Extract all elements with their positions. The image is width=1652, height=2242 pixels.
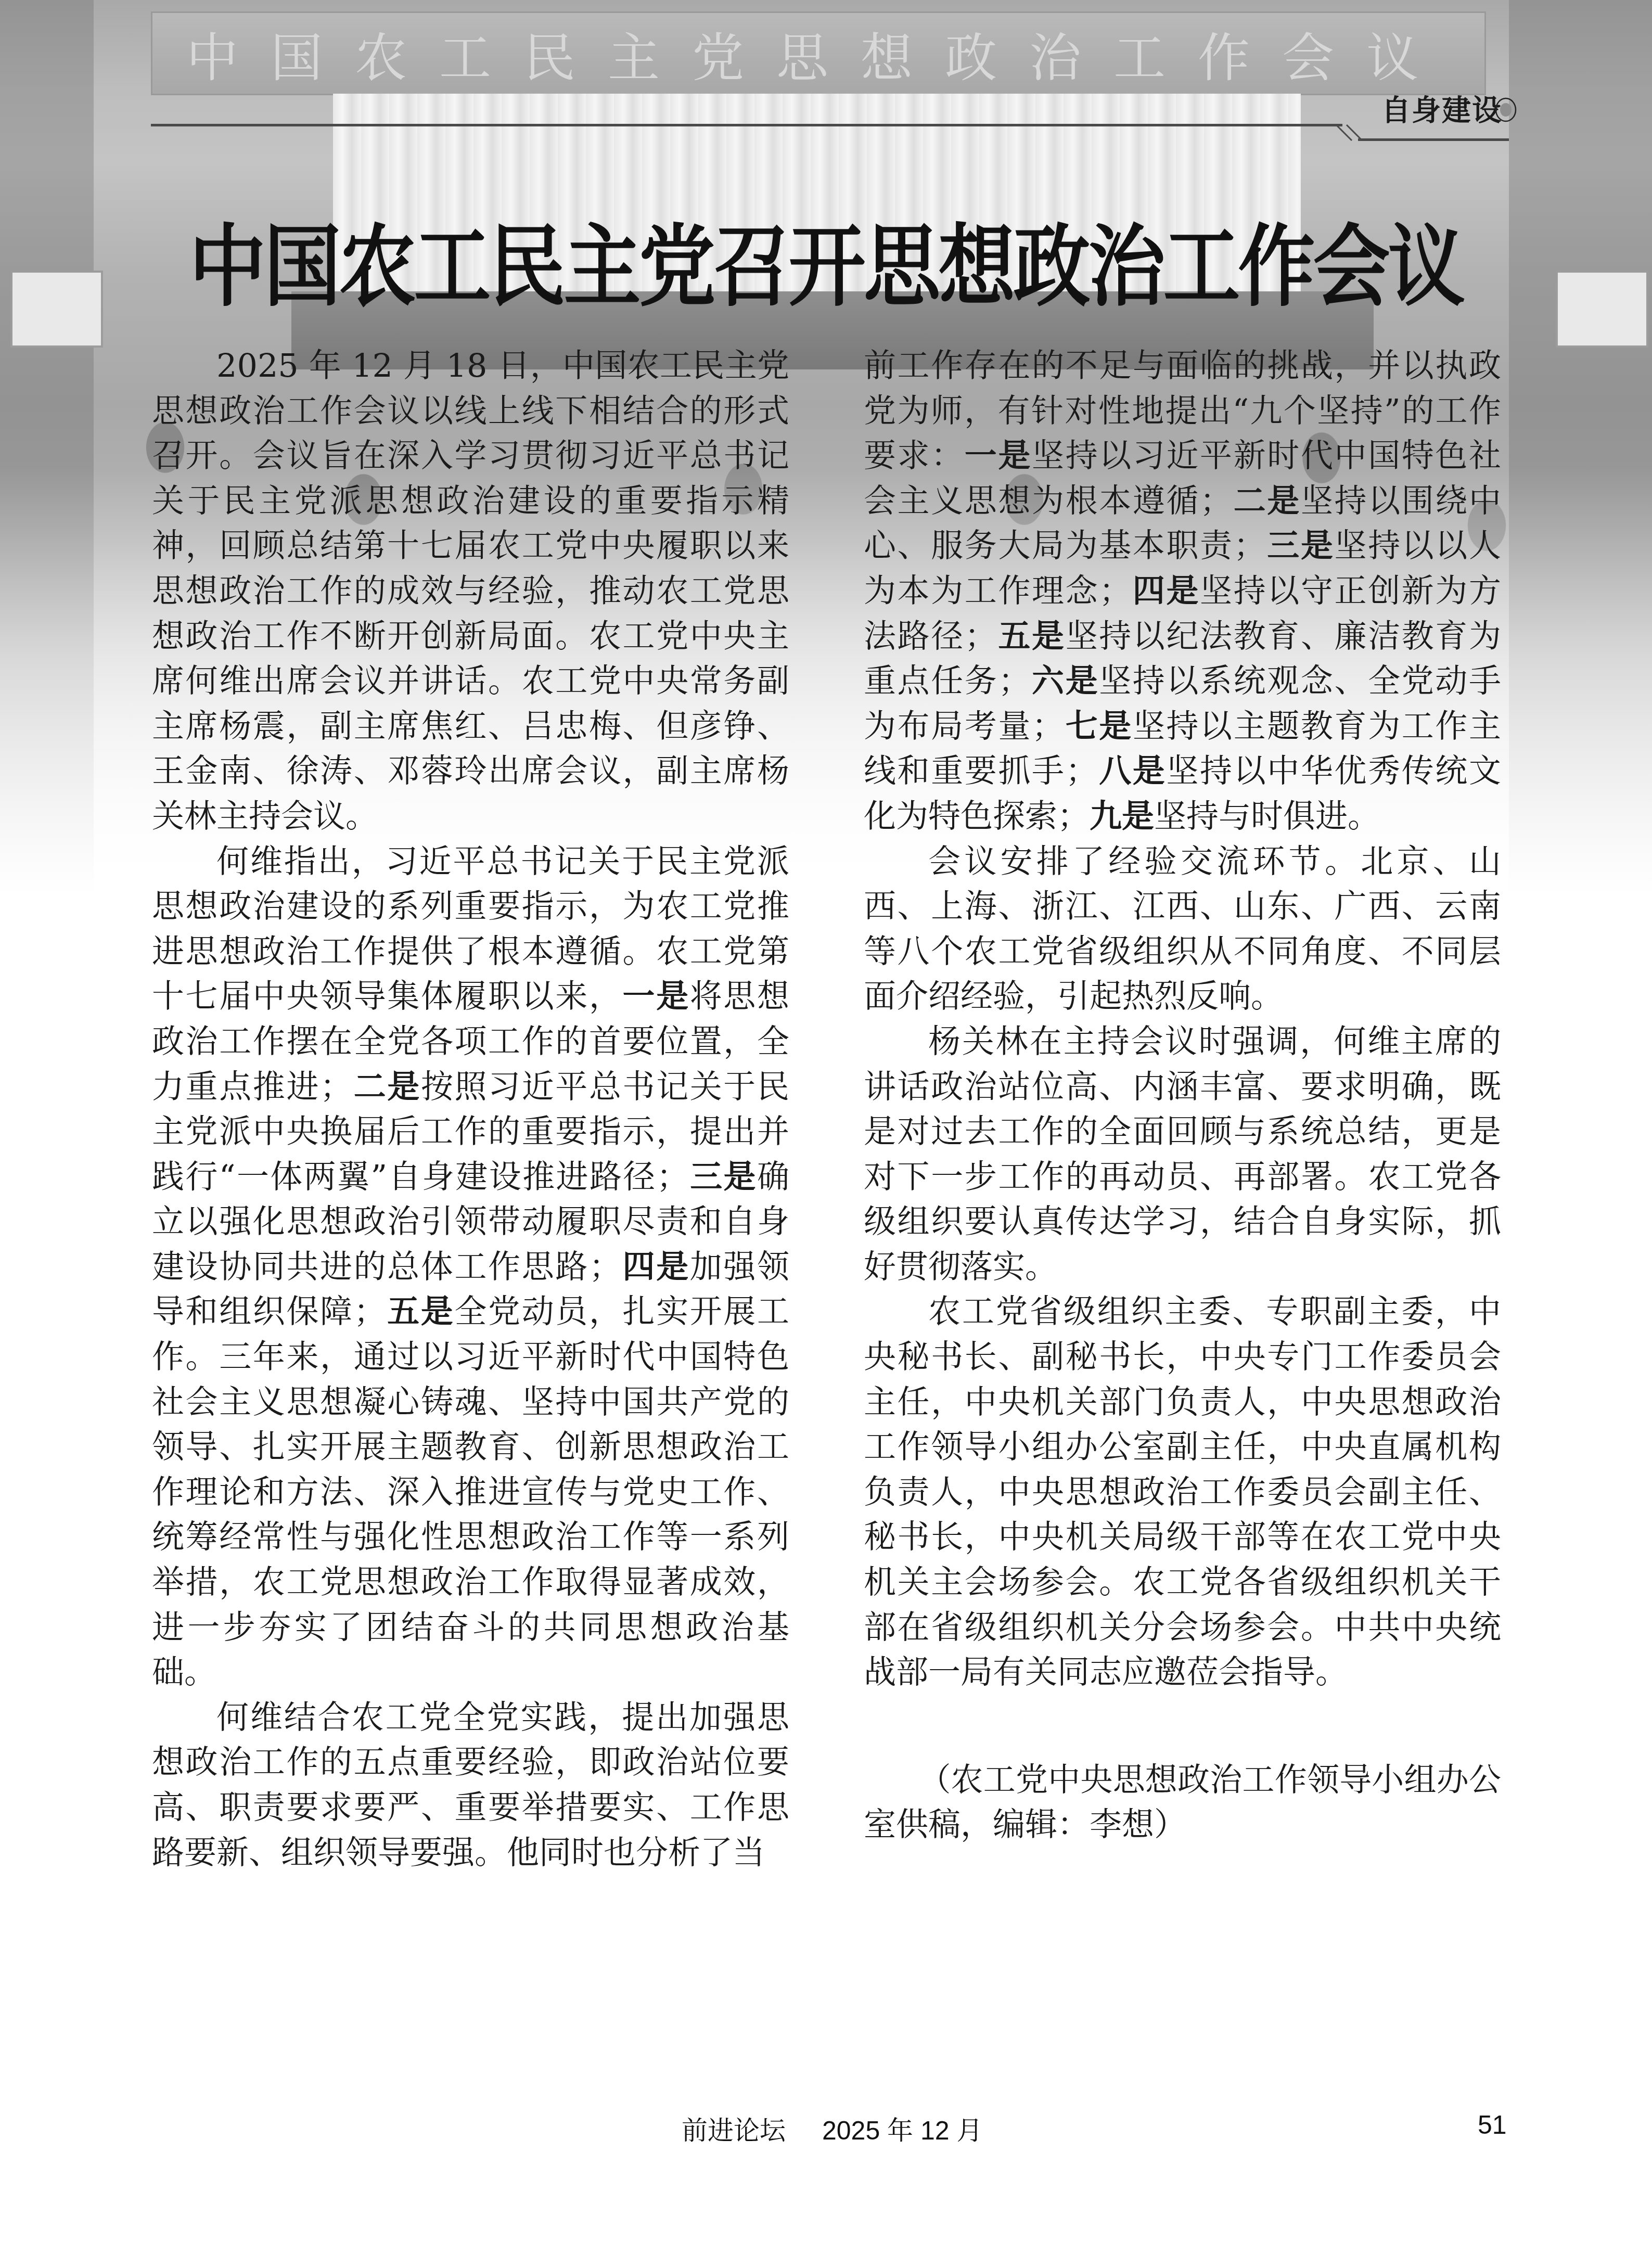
emphasis-marker: 一是 — [965, 437, 1032, 475]
emphasis-marker: 五是 — [997, 617, 1066, 655]
emphasis-marker: 六是 — [1030, 662, 1099, 700]
issue-date: 2025 年 12 月 — [822, 2110, 983, 2147]
page-number: 51 — [1478, 2110, 1507, 2140]
article-paragraph: 杨关林在主持会议时强调，何维主席的讲话政治站位高、内涵丰富、要求明确，既是对过去… — [864, 1019, 1501, 1290]
section-label: 自身建设 — [1381, 87, 1502, 129]
emphasis-marker: 五是 — [386, 1292, 455, 1330]
article-paragraph: 会议安排了经验交流环节。北京、山西、上海、浙江、江西、山东、广西、云南等八个农工… — [864, 839, 1501, 1019]
section-rule — [151, 124, 1342, 126]
text-run: 坚持与时俱进。 — [1154, 797, 1380, 835]
text-run: 杨关林在主持会议时强调，何维主席的讲话政治站位高、内涵丰富、要求明确，既是对过去… — [864, 1022, 1501, 1286]
article-paragraph: 何维指出，习近平总书记关于民主党派思想政治建设的系列重要指示，为农工党推进思想政… — [152, 839, 789, 1695]
emphasis-marker: 一是 — [623, 977, 690, 1015]
text-run: 全党动员，扎实开展工作。三年来，通过以习近平新时代中国特色社会主义思想凝心铸魂、… — [152, 1292, 789, 1691]
section-tag: 自身建设 — [0, 0, 1652, 156]
article-paragraph: 何维结合农工党全党实践，提出加强思想政治工作的五点重要经验，即政治站位要高、职责… — [152, 1695, 789, 1875]
page-footer: 前进论坛 2025 年 12 月 51 — [0, 2110, 1652, 2146]
magazine-name: 前进论坛 — [682, 2110, 786, 2147]
emphasis-marker: 三是 — [689, 1158, 757, 1196]
article-credit: （农工党中央思想政治工作领导小组办公室供稿，编辑：李想） — [864, 1758, 1501, 1848]
target-icon — [1494, 97, 1517, 123]
text-run: 会议安排了经验交流环节。北京、山西、上海、浙江、江西、山东、广西、云南等八个农工… — [864, 842, 1501, 1016]
article-paragraph: 农工党省级组织主委、专职副主委，中央秘书长、副秘书长，中央专门工作委员会主任，中… — [864, 1289, 1501, 1695]
text-run: 2025 年 12 月 18 日，中国农工民主党思想政治工作会议以线上线下相结合… — [152, 347, 789, 835]
emphasis-marker: 四是 — [621, 1248, 690, 1286]
emphasis-marker: 二是 — [352, 1068, 421, 1106]
emphasis-marker: 四是 — [1131, 572, 1200, 610]
section-rule-short — [1358, 138, 1509, 141]
text-run: 何维结合农工党全党实践，提出加强思想政治工作的五点重要经验，即政治站位要高、职责… — [152, 1698, 789, 1872]
text-run: 农工党省级组织主委、专职副主委，中央秘书长、副秘书长，中央专门工作委员会主任，中… — [864, 1292, 1501, 1691]
emphasis-marker: 七是 — [1064, 707, 1133, 745]
article-headline: 中国农工民主党召开思想政治工作会议 — [0, 197, 1652, 324]
article-column-left: 2025 年 12 月 18 日，中国农工民主党思想政治工作会议以线上线下相结合… — [152, 343, 789, 1875]
section-rule-slash — [1322, 114, 1384, 146]
article-paragraph: 前工作存在的不足与面临的挑战，并以执政党为师，有针对性地提出“九个坚持”的工作要… — [864, 343, 1501, 839]
emphasis-marker: 二是 — [1232, 482, 1301, 520]
emphasis-marker: 九是 — [1090, 797, 1154, 835]
emphasis-marker: 八是 — [1098, 752, 1167, 790]
article-paragraph: 2025 年 12 月 18 日，中国农工民主党思想政治工作会议以线上线下相结合… — [152, 343, 789, 839]
article-column-right: 前工作存在的不足与面临的挑战，并以执政党为师，有针对性地提出“九个坚持”的工作要… — [864, 343, 1501, 1848]
emphasis-marker: 三是 — [1266, 527, 1335, 565]
